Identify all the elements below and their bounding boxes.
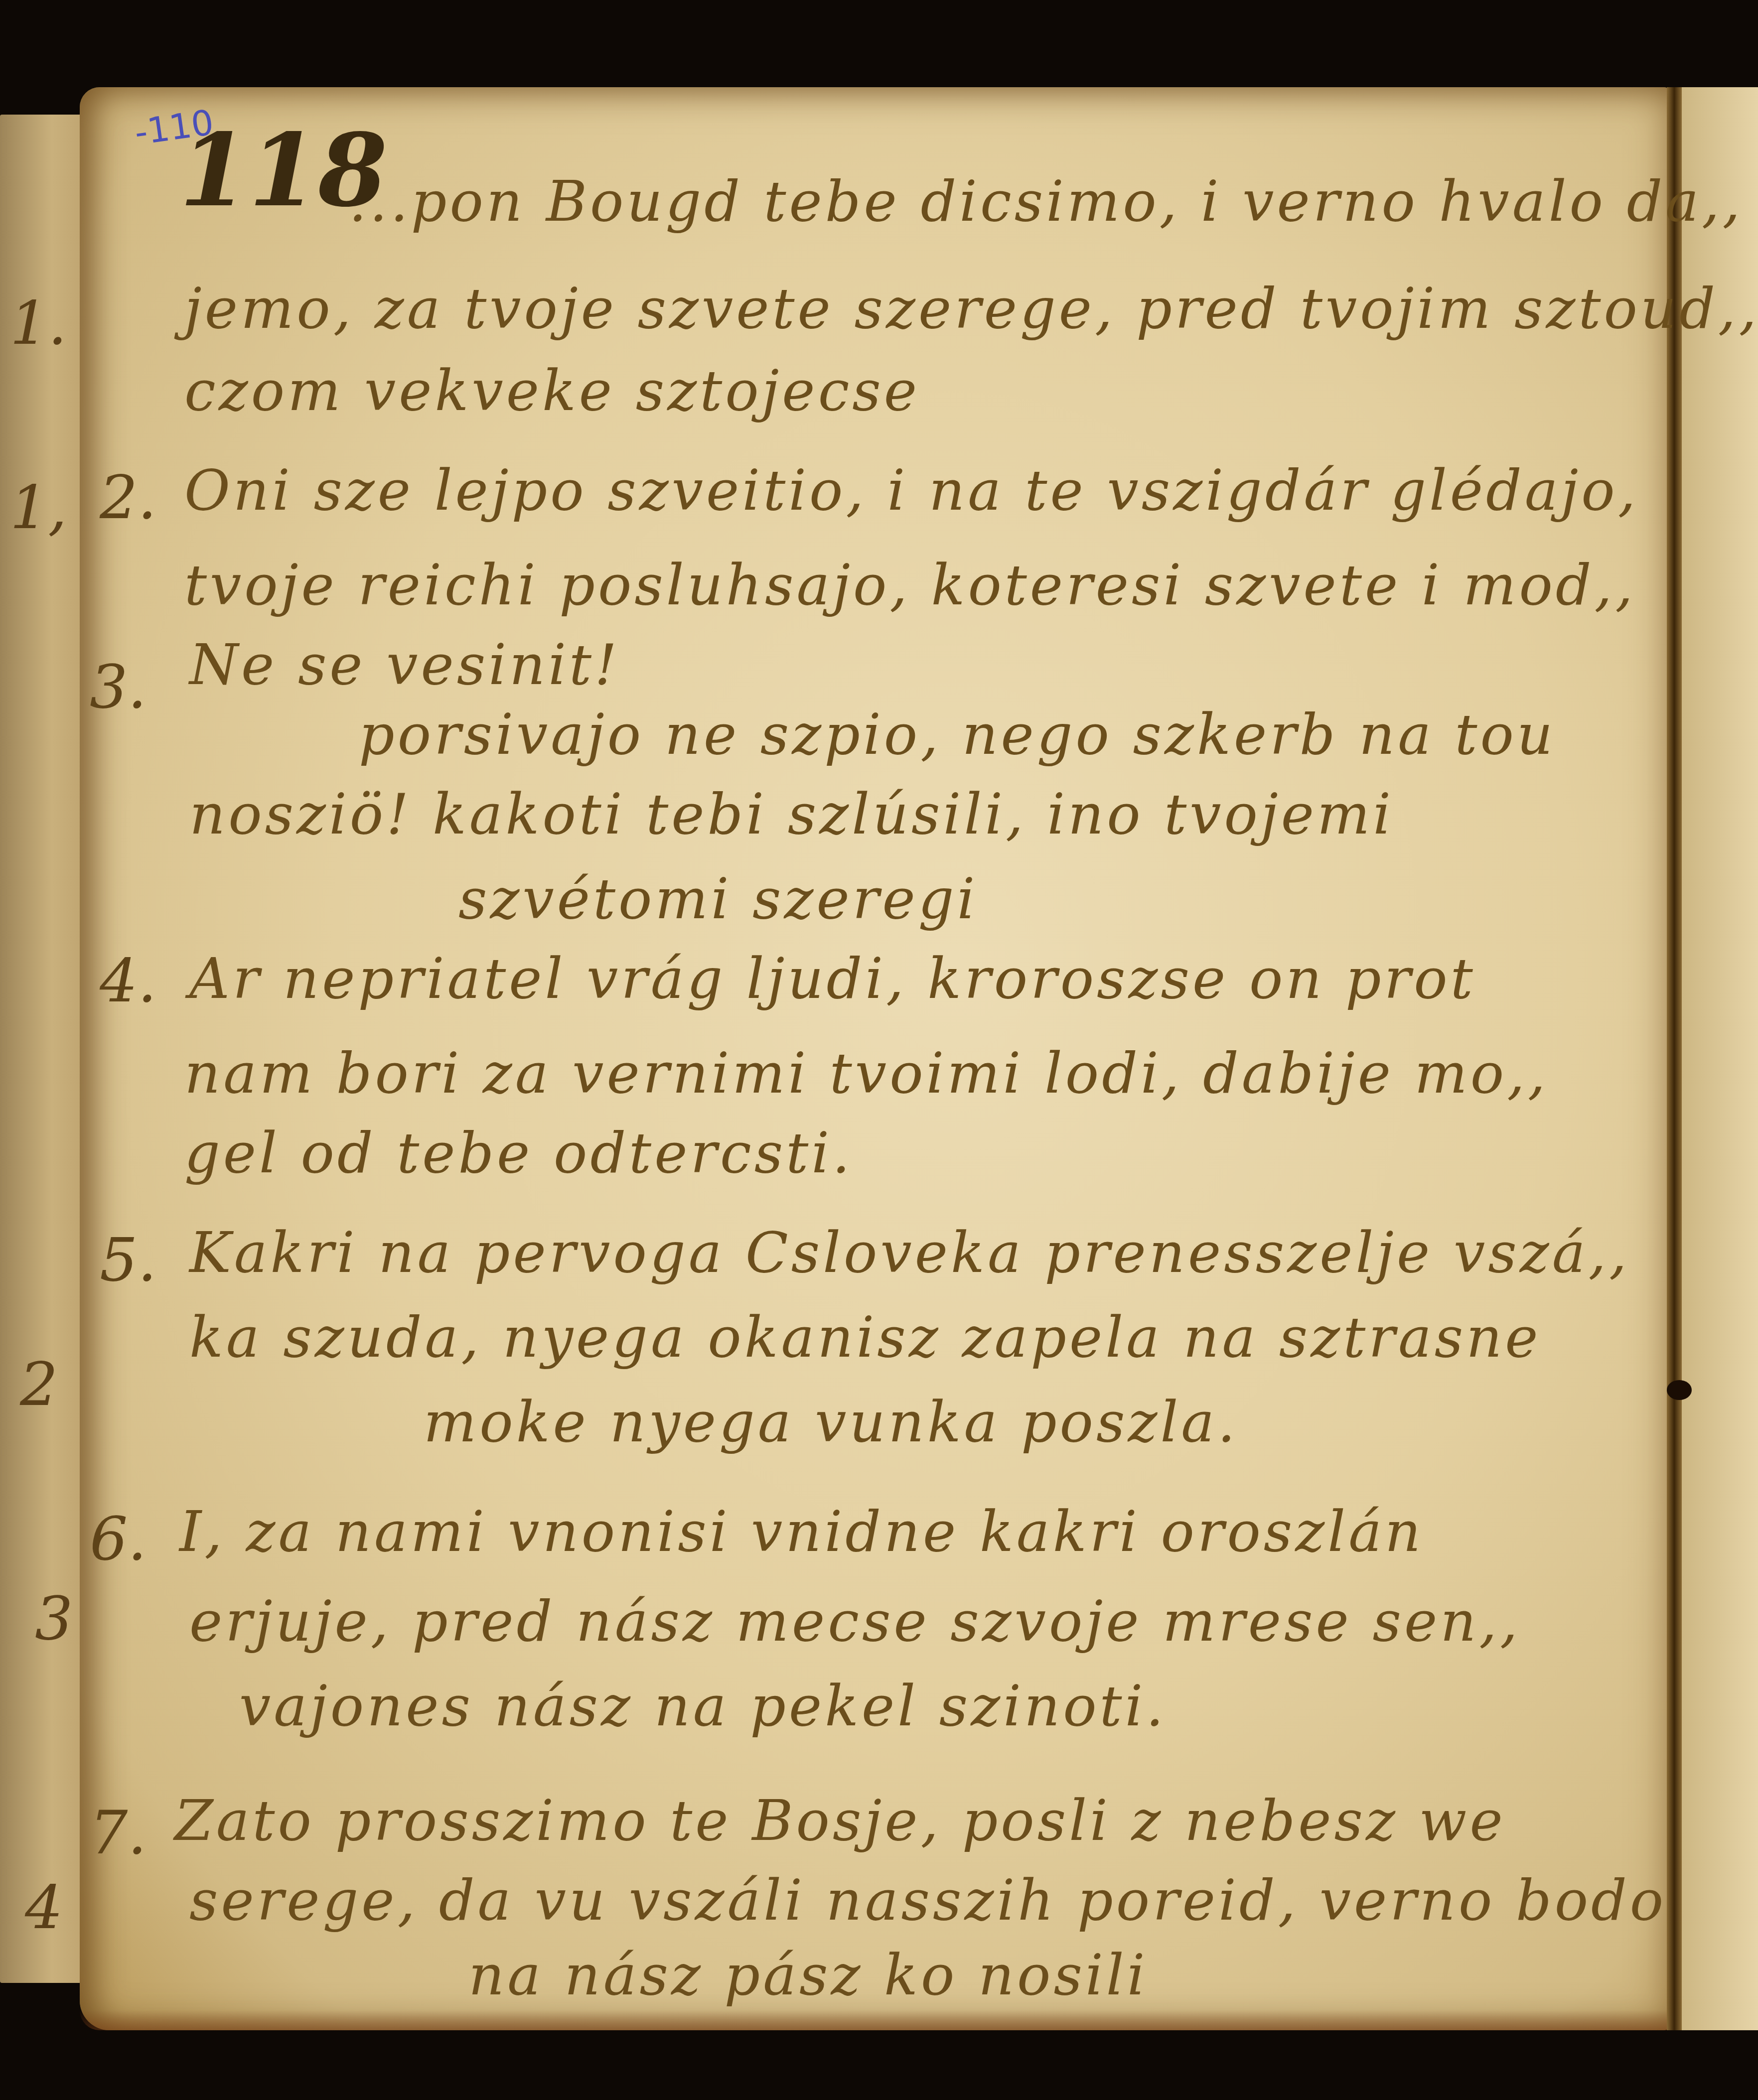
verse-7-line-2: serege, da vu vszáli nasszih poreid, ver… — [189, 1868, 1666, 1933]
margin-number: 1. — [10, 289, 67, 358]
verse-7-line-1: Zato prosszimo te Bosje, posli z nebesz … — [174, 1789, 1506, 1853]
verse-4-line-2: nam bori za vernimi tvoimi lodi, dabije … — [184, 1041, 1548, 1106]
verse-number: 3. — [90, 653, 147, 722]
verse-3-line-3: nosziö! kakoti tebi szlúsili, ino tvojem… — [189, 782, 1394, 847]
book-gutter — [1667, 87, 1682, 2030]
verse-3-line-4: szvétomi szeregi — [458, 867, 978, 932]
verse-number: 4. — [100, 947, 157, 1016]
verse-5-line-1: Kakri na pervoga Csloveka prenesszelje v… — [189, 1221, 1630, 1285]
verse-1-line-2: jemo, za tvoje szvete szerege, pred tvoj… — [184, 277, 1758, 341]
verse-2-line-1: Oni sze lejpo szveitio, i na te vszigdár… — [184, 458, 1638, 523]
verse-5-line-3: moke nyega vunka poszla. — [424, 1390, 1238, 1455]
verse-7-line-3: na nász pász ko nosili — [468, 1943, 1148, 2008]
verse-2-line-2: tvoje reichi posluhsajo, koteresi szvete… — [184, 553, 1636, 618]
margin-number: 4 — [25, 1873, 63, 1943]
verse-3-line-2: porsivajo ne szpio, nego szkerb na tou — [359, 702, 1556, 767]
verse-6-line-3: vajones nász na pekel szinoti. — [239, 1674, 1167, 1739]
verse-1-line-1: ...pon Bougd tebe dicsimo, i verno hvalo… — [349, 169, 1743, 234]
verse-number: 6. — [90, 1505, 147, 1574]
verse-number: 2. — [100, 463, 157, 533]
verse-4-line-3: gel od tebe odtercsti. — [184, 1121, 853, 1186]
verse-5-line-2: ka szuda, nyega okanisz zapela na sztras… — [189, 1305, 1541, 1370]
margin-number: 3 — [35, 1584, 73, 1654]
verse-number: 7. — [90, 1799, 147, 1868]
margin-number: 1, — [10, 473, 67, 543]
verse-number: 5. — [100, 1226, 157, 1295]
verse-6-line-2: erjuje, pred nász mecse szvoje mrese sen… — [189, 1589, 1521, 1654]
verse-6-line-1: I, za nami vnonisi vnidne kakri oroszlán — [179, 1500, 1424, 1564]
ink-stain — [1667, 1380, 1692, 1400]
verse-1-line-3: czom vekveke sztojecse — [184, 359, 920, 423]
margin-number: 2 — [20, 1350, 58, 1419]
verse-3-line-1: Ne se vesinit! — [189, 633, 620, 698]
adjacent-right-page — [1682, 87, 1758, 2030]
verse-4-line-1: Ar nepriatel vrág ljudi, kroroszse on pr… — [189, 947, 1476, 1011]
